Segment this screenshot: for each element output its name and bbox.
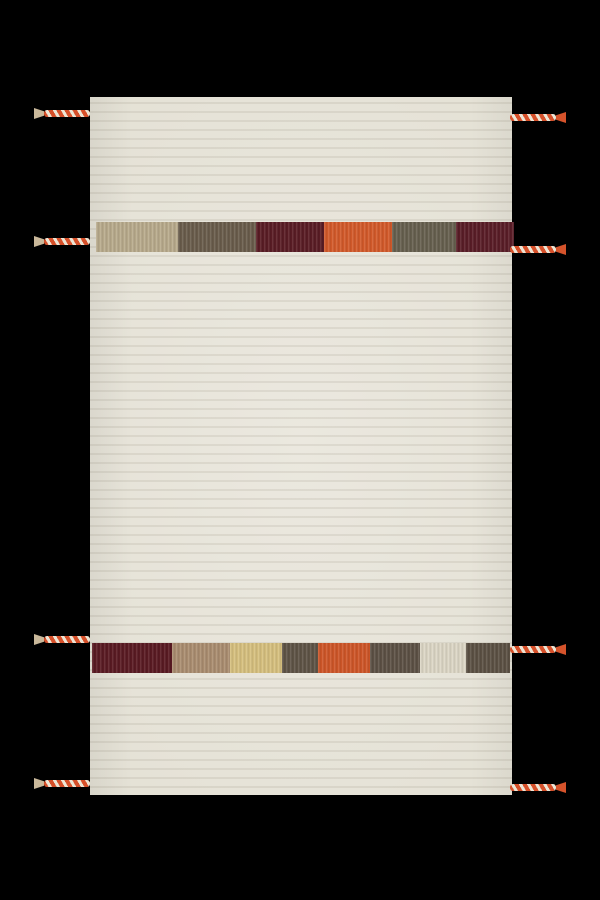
fringe-segment: [370, 643, 420, 673]
tassel-tip: [34, 236, 44, 247]
tassel-tip: [556, 782, 566, 793]
fringe-segment: [324, 222, 392, 252]
tassel-tip: [34, 108, 44, 119]
fringe-segment: [92, 643, 172, 673]
fringe-segment: [230, 643, 282, 673]
bottom-fringe-band: [92, 643, 510, 673]
tassel-tip: [34, 634, 44, 645]
braided-tassel-left: [32, 778, 90, 788]
fringe-segment: [392, 222, 456, 252]
braid: [44, 238, 90, 245]
fringe-segment: [96, 222, 178, 252]
fringe-segment: [256, 222, 324, 252]
tassel-tip: [34, 778, 44, 789]
braided-tassel-right: [510, 782, 568, 792]
tassel-tip: [556, 644, 566, 655]
braided-tassel-right: [510, 244, 568, 254]
rug-shading: [90, 97, 512, 795]
fringe-segment: [172, 643, 230, 673]
fringe-segment: [466, 643, 510, 673]
braid: [44, 636, 90, 643]
braid: [510, 646, 556, 653]
braid: [44, 110, 90, 117]
tassel-tip: [556, 112, 566, 123]
braid: [510, 784, 556, 791]
fringe-segment: [178, 222, 256, 252]
braided-tassel-left: [32, 634, 90, 644]
fringe-segment: [282, 643, 318, 673]
braid: [510, 246, 556, 253]
tassel-tip: [556, 244, 566, 255]
top-fringe-band: [96, 222, 514, 252]
fringe-segment: [318, 643, 370, 673]
braided-tassel-left: [32, 236, 90, 246]
braid: [510, 114, 556, 121]
braided-tassel-right: [510, 112, 568, 122]
braided-tassel-right: [510, 644, 568, 654]
fringe-segment: [456, 222, 514, 252]
braid: [44, 780, 90, 787]
fringe-segment: [420, 643, 466, 673]
rug: [90, 97, 512, 795]
braided-tassel-left: [32, 108, 90, 118]
